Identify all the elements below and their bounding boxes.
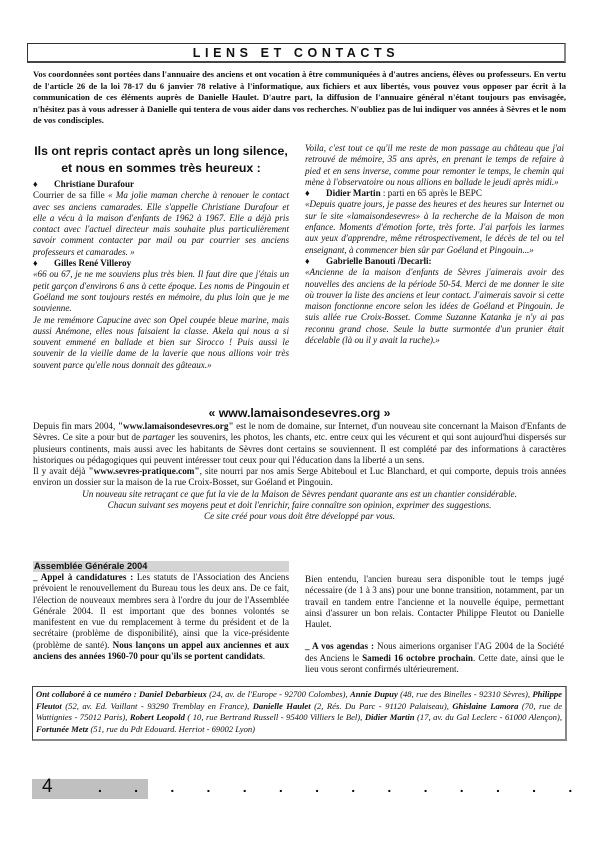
page-title: LIENS ET CONTACTS	[193, 46, 399, 60]
collaborators-label: Ont collaboré à ce numéro :	[36, 689, 137, 699]
contact-entry-name: ♦Gilles René Villeroy	[33, 258, 289, 269]
collaborator-name: Daniel Debarbieux	[139, 689, 207, 699]
assemblee-right-column: Bien entendu, l'ancien bureau sera dispo…	[305, 574, 564, 675]
footer-dot-leader: . . . . . . . . . . . . . . . . . . . .	[98, 776, 595, 798]
collaborator-address: (17, av. du Gal Leclerc - 61000 Alençon)…	[415, 712, 562, 722]
collaborator-name: Annie Dupuy	[350, 689, 398, 699]
collaborator-name: Danielle Haulet	[253, 701, 311, 711]
diamond-bullet-icon: ♦	[305, 188, 326, 199]
appel-candidatures-paragraph: _ Appel à candidatures : Les statuts de …	[33, 572, 289, 662]
section-header-box: LIENS ET CONTACTS	[27, 43, 566, 63]
assemblee-heading: Assemblée Générale 2004	[33, 561, 289, 572]
contact-entry-quote: Voila, c'est tout ce qu'il me reste de m…	[305, 143, 564, 188]
assemblee-left-column: Assemblée Générale 2004 _ Appel à candid…	[33, 561, 289, 662]
website-closing-line: Ce site créé pour vous doit être dévelop…	[33, 511, 566, 522]
website-url-link[interactable]: "www.sevres-pratique.com"	[88, 466, 199, 476]
collaborators-box: Ont collaboré à ce numéro : Daniel Debar…	[32, 686, 567, 741]
intro-paragraph: Vos coordonnées sont portées dans l'annu…	[33, 69, 566, 127]
contact-entry-quote: «Ancienne de la maison d'enfants de Sèvr…	[305, 267, 564, 346]
contact-entry-name: ♦Christiane Durafour	[33, 179, 289, 190]
diamond-bullet-icon: ♦	[33, 179, 54, 190]
contacts-title: Ils ont repris contact après un long sil…	[33, 143, 289, 177]
website-paragraph: Il y avait déjà "www.sevres-pratique.com…	[33, 466, 566, 489]
bureau-paragraph: Bien entendu, l'ancien bureau sera dispo…	[305, 574, 564, 630]
website-title: « www.lamaisondesevres.org »	[33, 406, 566, 421]
agenda-paragraph: _ A vos agendas : Nous aimerions organis…	[305, 641, 564, 675]
contact-entry-name: ♦Gabrielle Banouti /Decarli:	[305, 256, 564, 267]
collaborator-name: Ghislaine Lamora	[452, 701, 518, 711]
diamond-bullet-icon: ♦	[305, 256, 326, 267]
diamond-bullet-icon: ♦	[33, 258, 54, 269]
contacts-right-column: Voila, c'est tout ce qu'il me reste de m…	[305, 143, 564, 346]
collaborator-address: (48, rue des Binelles - 92310 Sèvres),	[398, 689, 533, 699]
collaborator-name: Fortunée Metz	[36, 724, 88, 734]
agenda-date: Samedi 16 octobre prochain	[362, 653, 473, 663]
contact-entry-quote: «Depuis quatre jours, je passe des heure…	[305, 199, 564, 255]
collaborator-name: Robert Leopold	[130, 712, 185, 722]
collaborator-address: (52, av. Ed. Vaillant - 93290 Tremblay e…	[62, 701, 253, 711]
website-url-link[interactable]: "www.lamaisondesevres.org"	[118, 421, 234, 431]
collaborator-name: Didier Martin	[365, 712, 415, 722]
page-number: 4	[42, 776, 53, 798]
collaborator-address: (2, Rés. Du Parc - 91120 Palaiseau),	[311, 701, 453, 711]
collaborator-address: ( 10, rue Bertrand Russell - 95400 Villi…	[185, 712, 365, 722]
website-section: « www.lamaisondesevres.org » Depuis fin …	[33, 406, 566, 523]
website-paragraph: Depuis fin mars 2004, "www.lamaisondesev…	[33, 421, 566, 466]
contacts-left-column: Ils ont repris contact après un long sil…	[33, 143, 289, 371]
website-closing-line: Un nouveau site retraçant ce que fut la …	[33, 489, 566, 500]
contact-entry-name: ♦Didier Martin : parti en 65 après le BE…	[305, 188, 564, 199]
contact-entry-quote: «66 ou 67, je ne me souviens plus très b…	[33, 269, 289, 314]
website-closing-line: Chacun suivant ses moyens peut et doit l…	[33, 500, 566, 511]
collaborator-address: (24, av. de l'Europe - 92700 Colombes),	[207, 689, 350, 699]
contact-entry-quote: Je me remémore Capucine avec son Opel co…	[33, 315, 289, 371]
contact-entry-text: Courrier de sa fille « Ma jolie maman ch…	[33, 190, 289, 258]
collaborator-address: (51, rue du Pdt Edouard. Herriot - 69002…	[88, 724, 255, 734]
